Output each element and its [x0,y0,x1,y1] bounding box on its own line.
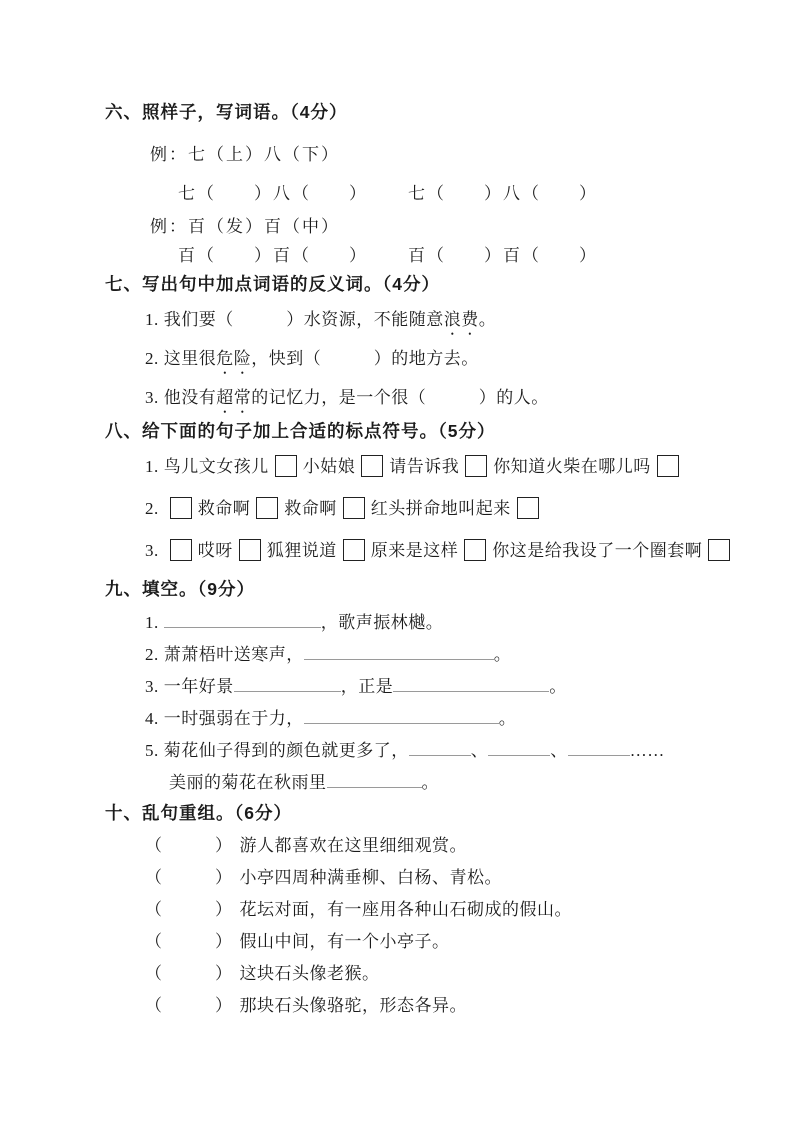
order-blank: （ ） [145,836,233,855]
sentence-text: 鸟儿文女孩儿 [164,457,269,476]
item-number: 2. [145,645,159,664]
sentence-text: 救命啊 [198,499,251,518]
question-item-continuation: 美丽的菊花在秋雨里。 [105,771,765,795]
question-item: 1.，歌声振林樾。 [105,611,765,635]
order-blank: （ ） [145,964,233,983]
item-number: 2. [145,349,159,368]
worksheet-page: 六、照样子，写词语。（4分） 例：七（上）八（下） 七（ ）八（ ）七（ ）八（… [0,0,793,1018]
punctuation-box [343,539,365,561]
item-number: 1. [145,310,159,329]
reorder-item: （ ）那块石头像骆驼，形态各异。 [105,994,765,1018]
ellipsis: …… [630,741,665,760]
sentence-text: 小亭四周种满垂柳、白杨、青松。 [240,868,503,887]
item-number: 3. [145,388,159,407]
punctuation-box [239,539,261,561]
punctuation-box [361,455,383,477]
fill-in-blank [568,739,630,756]
reorder-item: （ ）这块石头像老猴。 [105,962,765,986]
section-8-title: 八、给下面的句子加上合适的标点符号。（5分） [105,419,765,443]
sentence-text: 救命啊 [284,499,337,518]
sentence-text: 。 [499,709,517,728]
example-line-2: 例：百（发）百（中） [105,215,765,239]
sentence-text: 美丽的菊花在秋雨里 [169,773,327,792]
section-antonyms: 七、写出句中加点词语的反义词。（4分） 1.我们要（ ）水资源，不能随意浪费。 … [105,272,765,417]
reorder-item: （ ）假山中间，有一个小亭子。 [105,930,765,954]
sentence-text: 花坛对面，有一座用各种山石砌成的假山。 [240,900,573,919]
question-item: 2.萧萧梧叶送寒声，。 [105,643,765,667]
reorder-item: （ ）游人都喜欢在这里细细观赏。 [105,834,765,858]
sentence-text: 这块石头像老猴。 [240,964,380,983]
sentence-text: 一年好景 [164,677,234,696]
section-punctuation: 八、给下面的句子加上合适的标点符号。（5分） 1.鸟儿文女孩儿小姑娘请告诉我你知… [105,419,765,565]
emphasized-word: 浪费 [444,310,479,329]
sentence-text: 你这是给我设了一个圈套啊 [492,541,702,560]
item-number: 3. [145,541,159,560]
sentence-text: ，快到（ ）的地方去。 [251,349,479,368]
sentence-text: 红头拼命地叫起来 [371,499,511,518]
sentence-text: 一时强弱在于力， [164,709,304,728]
section-7-title: 七、写出句中加点词语的反义词。（4分） [105,272,765,296]
order-blank: （ ） [145,932,233,951]
sentence-text: 。 [479,310,497,329]
sentence-text: 我们要（ ）水资源，不能随意 [164,310,444,329]
sentence-text: 。 [549,677,567,696]
sentence-text: 游人都喜欢在这里细细观赏。 [240,836,468,855]
section-word-patterns: 六、照样子，写词语。（4分） 例：七（上）八（下） 七（ ）八（ ）七（ ）八（… [105,100,765,268]
sentence-text: 那块石头像骆驼，形态各异。 [240,996,468,1015]
sentence-text: 、 [550,741,568,760]
sentence-text: 。 [494,645,512,664]
punctuation-box [256,497,278,519]
sentence-text: 的记忆力，是一个很（ ）的人。 [251,388,549,407]
punctuation-box [657,455,679,477]
fill-in-blank [304,643,494,660]
fill-pair: 七（ ）八（ ） [408,184,598,203]
sentence-text: 狐狸说道 [267,541,337,560]
sentence-text: 菊花仙子得到的颜色就更多了， [164,741,409,760]
question-item: 3.他没有超常的记忆力，是一个很（ ）的人。 [105,386,765,417]
section-10-title: 十、乱句重组。（6分） [105,801,765,825]
punctuation-box [275,455,297,477]
punctuation-box [708,539,730,561]
sentence-text: 、 [471,741,489,760]
sentence-text: 。 [422,773,440,792]
question-item: 3.哎呀狐狸说道原来是这样你这是给我设了一个圈套啊 [105,537,765,565]
fill-row-1: 七（ ）八（ ）七（ ）八（ ） [105,182,765,206]
punctuation-box [343,497,365,519]
fill-in-blank [409,739,471,756]
section-fill-blanks: 九、填空。（9分） 1.，歌声振林樾。 2.萧萧梧叶送寒声，。 3.一年好景，正… [105,577,765,795]
item-number: 1. [145,613,159,632]
example-line-1: 例：七（上）八（下） [105,143,765,167]
sentence-text: ，歌声振林樾。 [321,613,444,632]
section-sentence-reorder: 十、乱句重组。（6分） （ ）游人都喜欢在这里细细观赏。 （ ）小亭四周种满垂柳… [105,801,765,1018]
punctuation-box [170,497,192,519]
item-number: 1. [145,457,159,476]
question-item: 3.一年好景，正是。 [105,675,765,699]
question-item: 2.救命啊救命啊红头拼命地叫起来 [105,495,765,523]
order-blank: （ ） [145,868,233,887]
question-item: 1.鸟儿文女孩儿小姑娘请告诉我你知道火柴在哪儿吗 [105,453,765,481]
fill-in-blank [488,739,550,756]
sentence-text: 这里很 [164,349,217,368]
sentence-text: 他没有 [164,388,217,407]
sentence-text: 萧萧梧叶送寒声， [164,645,304,664]
order-blank: （ ） [145,996,233,1015]
item-number: 3. [145,677,159,696]
fill-in-blank [164,611,321,628]
sentence-text: 小姑娘 [303,457,356,476]
item-number: 4. [145,709,159,728]
fill-in-blank [234,675,341,692]
section-6-title: 六、照样子，写词语。（4分） [105,100,765,124]
sentence-text: ，正是 [341,677,394,696]
item-number: 5. [145,741,159,760]
fill-pair: 百（ ）百（ ） [408,246,598,265]
sentence-text: 假山中间，有一个小亭子。 [240,932,450,951]
fill-pair: 七（ ）八（ ） [178,184,368,203]
punctuation-box [170,539,192,561]
order-blank: （ ） [145,900,233,919]
question-item: 4.一时强弱在于力，。 [105,707,765,731]
question-item: 5.菊花仙子得到的颜色就更多了，、、…… [105,739,765,763]
reorder-item: （ ）小亭四周种满垂柳、白杨、青松。 [105,866,765,890]
sentence-text: 你知道火柴在哪儿吗 [493,457,651,476]
fill-in-blank [304,707,499,724]
emphasized-word: 超常 [216,388,251,407]
fill-row-2: 百（ ）百（ ）百（ ）百（ ） [105,244,765,268]
question-item: 1.我们要（ ）水资源，不能随意浪费。 [105,308,765,339]
sentence-text: 请告诉我 [389,457,459,476]
fill-pair: 百（ ）百（ ） [178,246,368,265]
punctuation-box [517,497,539,519]
item-number: 2. [145,499,159,518]
sentence-text: 哎呀 [198,541,233,560]
reorder-item: （ ）花坛对面，有一座用各种山石砌成的假山。 [105,898,765,922]
punctuation-box [465,455,487,477]
punctuation-box [464,539,486,561]
section-9-title: 九、填空。（9分） [105,577,765,601]
question-item: 2.这里很危险，快到（ ）的地方去。 [105,347,765,378]
emphasized-word: 危险 [216,349,251,368]
sentence-text: 原来是这样 [371,541,459,560]
fill-in-blank [327,771,422,788]
fill-in-blank [393,675,549,692]
